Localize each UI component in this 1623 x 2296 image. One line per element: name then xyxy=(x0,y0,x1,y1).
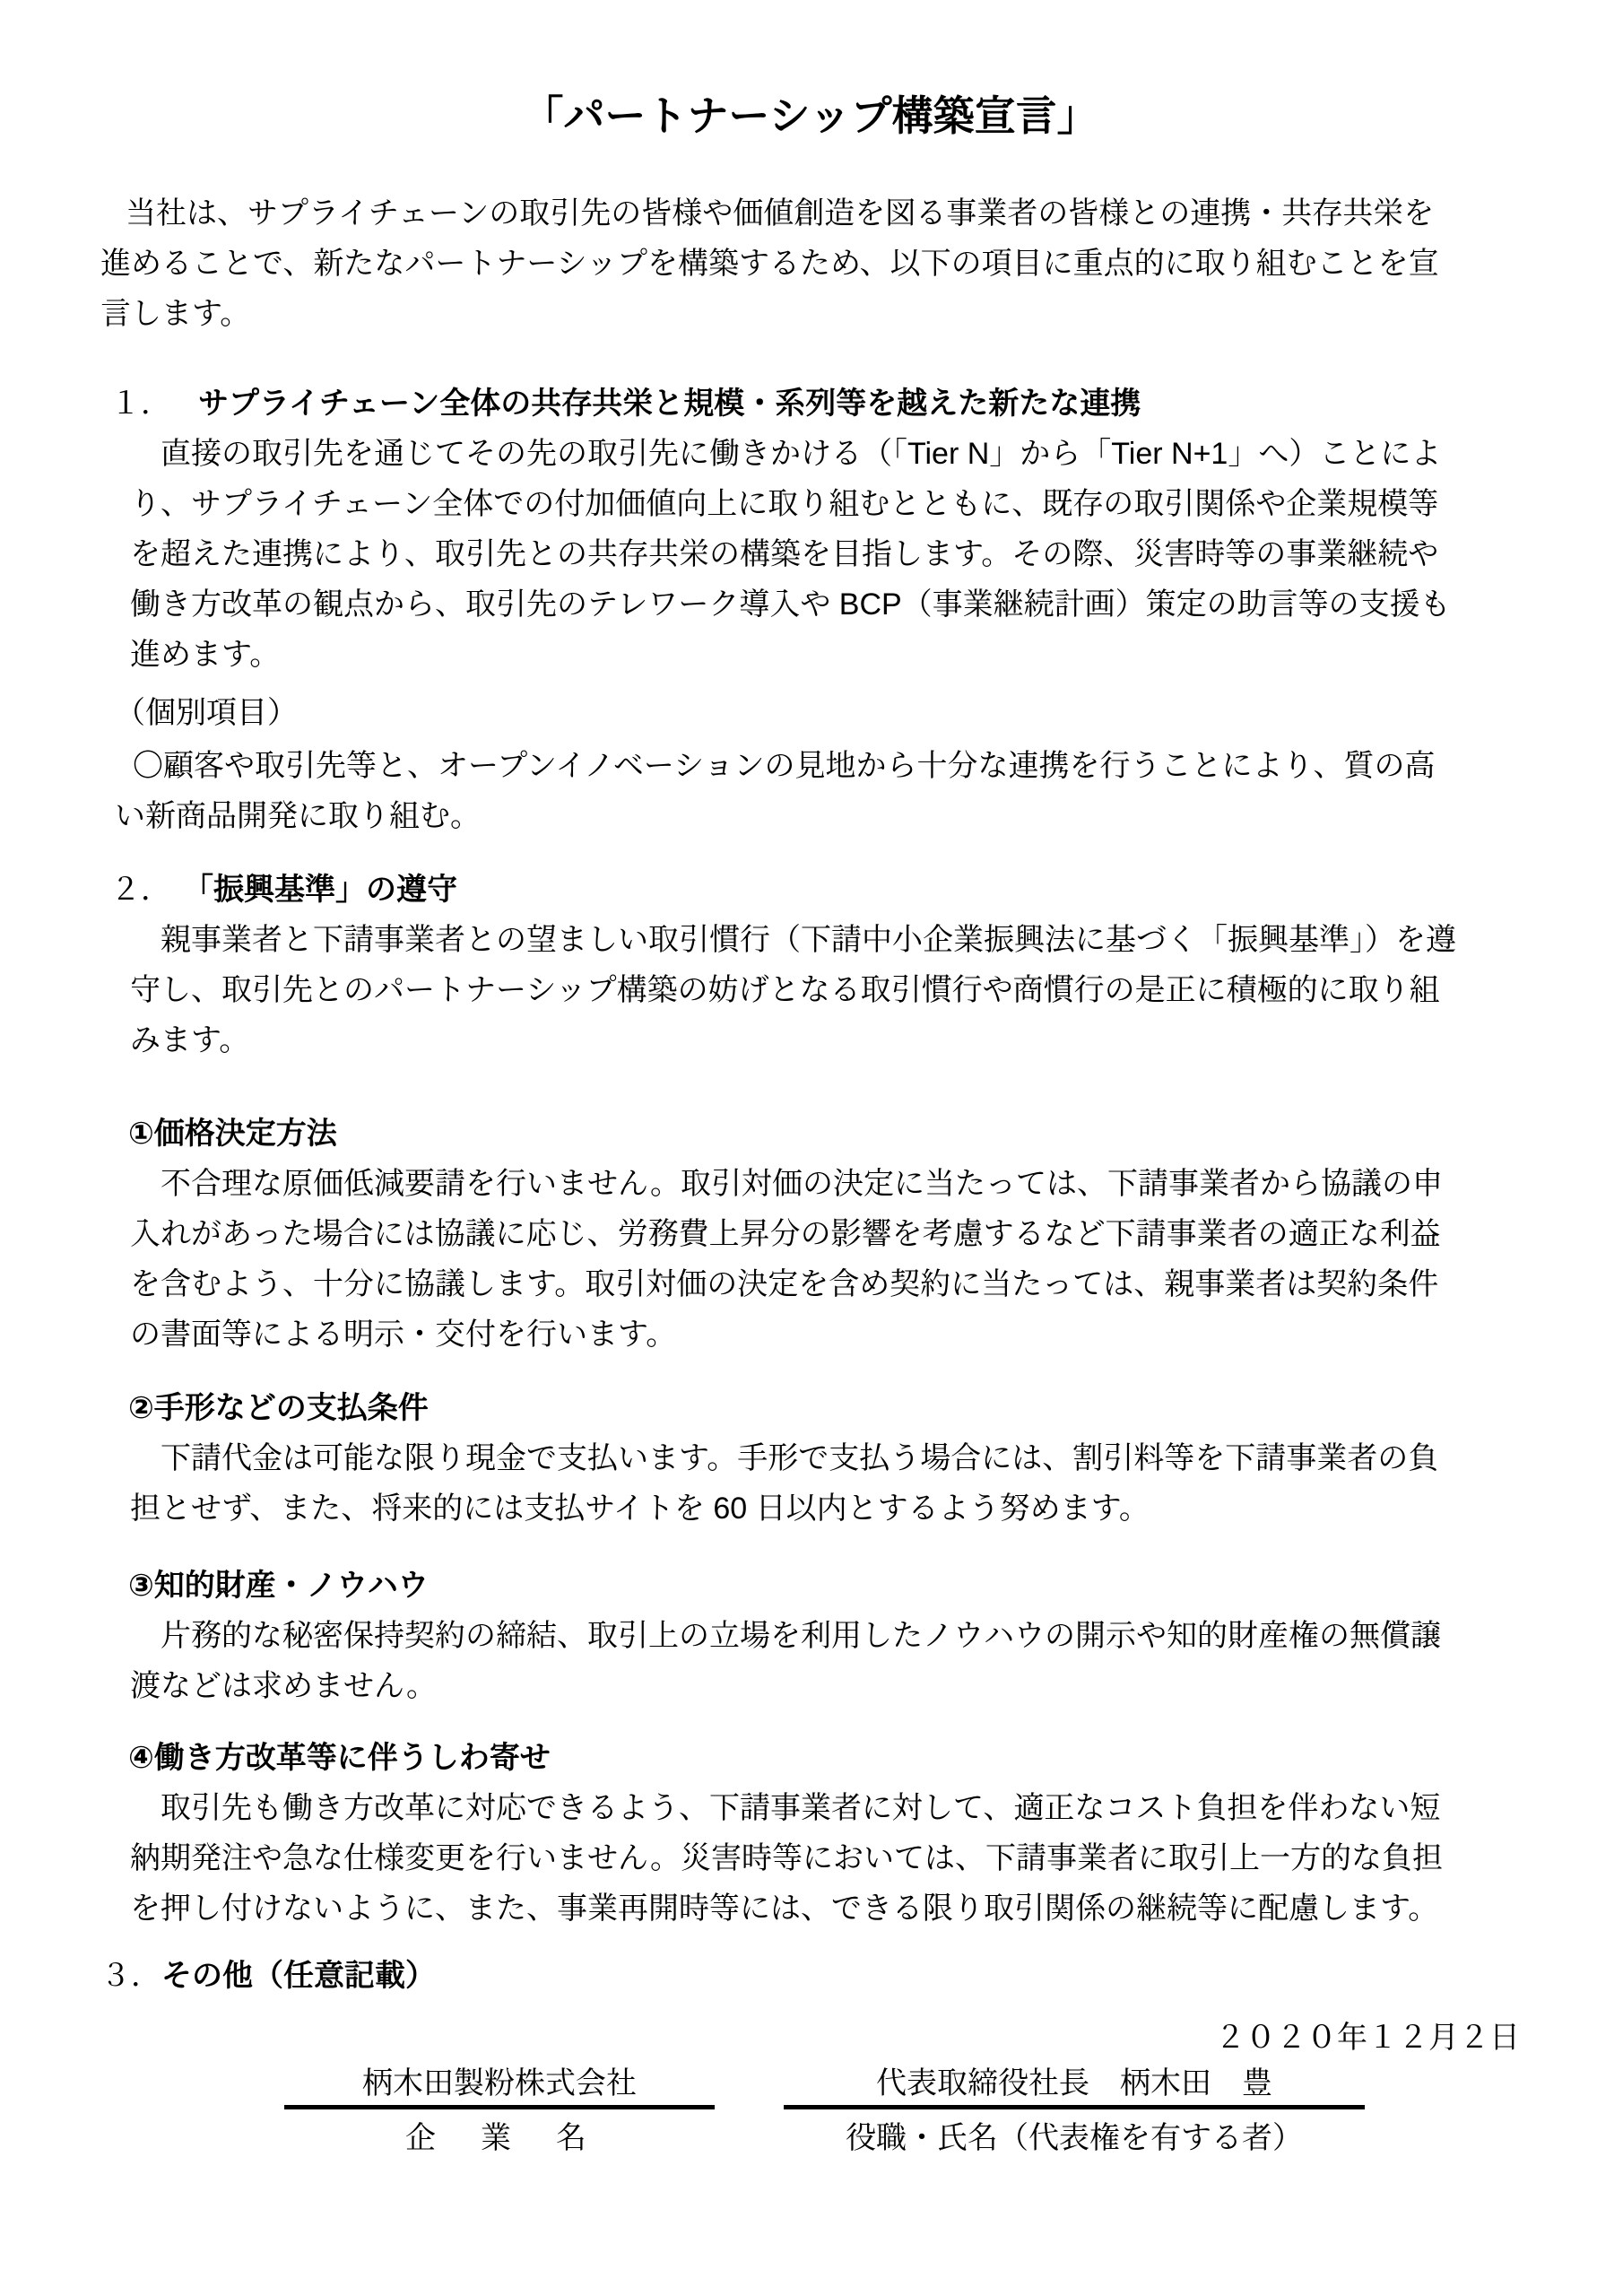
subsection-2-body: 下請代金は可能な限り現金で支払います。手形で支払う場合には、割引料等を下請事業者… xyxy=(130,1433,1520,1534)
company-name-value: 柄木田製粉株式会社 xyxy=(284,2064,715,2109)
section-1-body-line: 働き方改革の観点から、取引先のテレワーク導入や BCP（事業継続計画）策定の助言… xyxy=(130,579,1520,630)
subsection-4-body-line: 納期発注や急な仕様変更を行いません。災害時等においては、下請事業者に取引上一方的… xyxy=(130,1833,1520,1883)
subsection-1-body-line: の書面等による明示・交付を行います。 xyxy=(130,1309,1520,1360)
subsection-3-body: 片務的な秘密保持契約の締結、取引上の立場を利用したノウハウの開示や知的財産権の無… xyxy=(130,1611,1520,1711)
section-1-body: 直接の取引先を通じてその先の取引先に働きかける（「Tier N」から「Tier … xyxy=(130,429,1520,680)
intro-line: 言します。 xyxy=(100,289,1520,339)
section-2-body-line: みます。 xyxy=(130,1015,1520,1065)
signature-block: 柄木田製粉株式会社 企 業 名 代表取締役社長 柄木田 豊 役職・氏名（代表権を… xyxy=(100,2064,1520,2156)
individual-item: 〇顧客や取引先等と、オープンイノベーションの見地から十分な連携を行うことにより、… xyxy=(115,741,1520,841)
subsection-3-body-line: 片務的な秘密保持契約の締結、取引上の立場を利用したノウハウの開示や知的財産権の無… xyxy=(130,1611,1520,1661)
section-1-title: サプライチェーン全体の共存共栄と規模・系列等を越えた新たな連携 xyxy=(198,387,1141,421)
subsection-3-body-line: 渡などは求めません。 xyxy=(130,1661,1520,1711)
representative-name-label: 役職・氏名（代表権を有する者） xyxy=(784,2120,1365,2156)
section-1-body-line: を超えた連携により、取引先との共存共栄の構築を目指します。その際、災害時等の事業… xyxy=(130,529,1520,579)
subsection-1-body: 不合理な原価低減要請を行いません。取引対価の決定に当たっては、下請事業者から協議… xyxy=(130,1159,1520,1360)
individual-items-label: （個別項目） xyxy=(115,688,1520,738)
intro-line: 進めることで、新たなパートナーシップを構築するため、以下の項目に重点的に取り組む… xyxy=(100,239,1520,289)
section-3-heading: ３．その他（任意記載） xyxy=(100,1951,1520,2001)
section-3-number: ３． xyxy=(100,1959,161,1993)
subsection-3-heading: ③知的財産・ノウハウ xyxy=(128,1561,1520,1611)
representative-name-value: 代表取締役社長 柄木田 豊 xyxy=(784,2064,1365,2109)
section-1-body-line: り、サプライチェーン全体での付加価値向上に取り組むとともに、既存の取引関係や企業… xyxy=(130,479,1520,529)
subsection-4-body-line: を押し付けないように、また、事業再開時等には、できる限り取引関係の継続等に配慮し… xyxy=(130,1883,1520,1934)
section-1-body-line: 進めます。 xyxy=(130,630,1520,680)
subsection-2-body-line: 下請代金は可能な限り現金で支払います。手形で支払う場合には、割引料等を下請事業者… xyxy=(130,1433,1520,1483)
company-signature: 柄木田製粉株式会社 企 業 名 xyxy=(284,2064,715,2156)
intro-line: 当社は、サプライチェーンの取引先の皆様や価値創造を図る事業者の皆様との連携・共存… xyxy=(100,188,1520,239)
section-1-body-line: 直接の取引先を通じてその先の取引先に働きかける（「Tier N」から「Tier … xyxy=(130,429,1520,479)
subsection-1-heading: ①価格決定方法 xyxy=(128,1109,1520,1159)
section-2-number: ２． xyxy=(110,873,171,907)
individual-item-line: 〇顧客や取引先等と、オープンイノベーションの見地から十分な連携を行うことにより、… xyxy=(115,741,1520,791)
subsection-1-body-line: 入れがあった場合には協議に応じ、労務費上昇分の影響を考慮するなど下請事業者の適正… xyxy=(130,1209,1520,1259)
section-2-heading: ２．「振興基準」の遵守 xyxy=(110,865,1520,915)
subsection-2-heading: ②手形などの支払条件 xyxy=(128,1383,1520,1433)
subsection-4-heading: ④働き方改革等に伴うしわ寄せ xyxy=(128,1733,1520,1783)
subsection-2-body-line: 担とせず、また、将来的には支払サイトを 60 日以内とするよう努めます。 xyxy=(130,1483,1520,1534)
individual-item-line: い新商品開発に取り組む。 xyxy=(115,791,1520,841)
page-content: 「パートナーシップ構築宣言」 当社は、サプライチェーンの取引先の皆様や価値創造を… xyxy=(0,88,1623,2156)
section-1-number: １． xyxy=(110,387,171,421)
section-1-heading: １．サプライチェーン全体の共存共栄と規模・系列等を越えた新たな連携 xyxy=(110,378,1520,429)
subsection-4-body: 取引先も働き方改革に対応できるよう、下請事業者に対して、適正なコスト負担を伴わな… xyxy=(130,1783,1520,1934)
intro-paragraph: 当社は、サプライチェーンの取引先の皆様や価値創造を図る事業者の皆様との連携・共存… xyxy=(100,188,1520,339)
section-3-title: その他（任意記載） xyxy=(161,1959,436,1993)
subsection-1-body-line: 不合理な原価低減要請を行いません。取引対価の決定に当たっては、下請事業者から協議… xyxy=(130,1159,1520,1209)
declaration-date: ２０２０年１２月２日 xyxy=(100,2015,1520,2060)
representative-signature: 代表取締役社長 柄木田 豊 役職・氏名（代表権を有する者） xyxy=(784,2064,1365,2156)
section-2-body-line: 親事業者と下請事業者との望ましい取引慣行（下請中小企業振興法に基づく「振興基準」… xyxy=(130,915,1520,965)
declaration-page: 「パートナーシップ構築宣言」 当社は、サプライチェーンの取引先の皆様や価値創造を… xyxy=(0,0,1623,2296)
section-2-title: 「振興基準」の遵守 xyxy=(198,873,457,907)
subsection-4-body-line: 取引先も働き方改革に対応できるよう、下請事業者に対して、適正なコスト負担を伴わな… xyxy=(130,1783,1520,1833)
section-2-body: 親事業者と下請事業者との望ましい取引慣行（下請中小企業振興法に基づく「振興基準」… xyxy=(130,915,1520,1065)
page-title: 「パートナーシップ構築宣言」 xyxy=(100,88,1520,143)
company-name-label: 企 業 名 xyxy=(284,2120,715,2156)
subsection-1-body-line: を含むよう、十分に協議します。取引対価の決定を含め契約に当たっては、親事業者は契… xyxy=(130,1259,1520,1309)
section-2-body-line: 守し、取引先とのパートナーシップ構築の妨げとなる取引慣行や商慣行の是正に積極的に… xyxy=(130,965,1520,1015)
